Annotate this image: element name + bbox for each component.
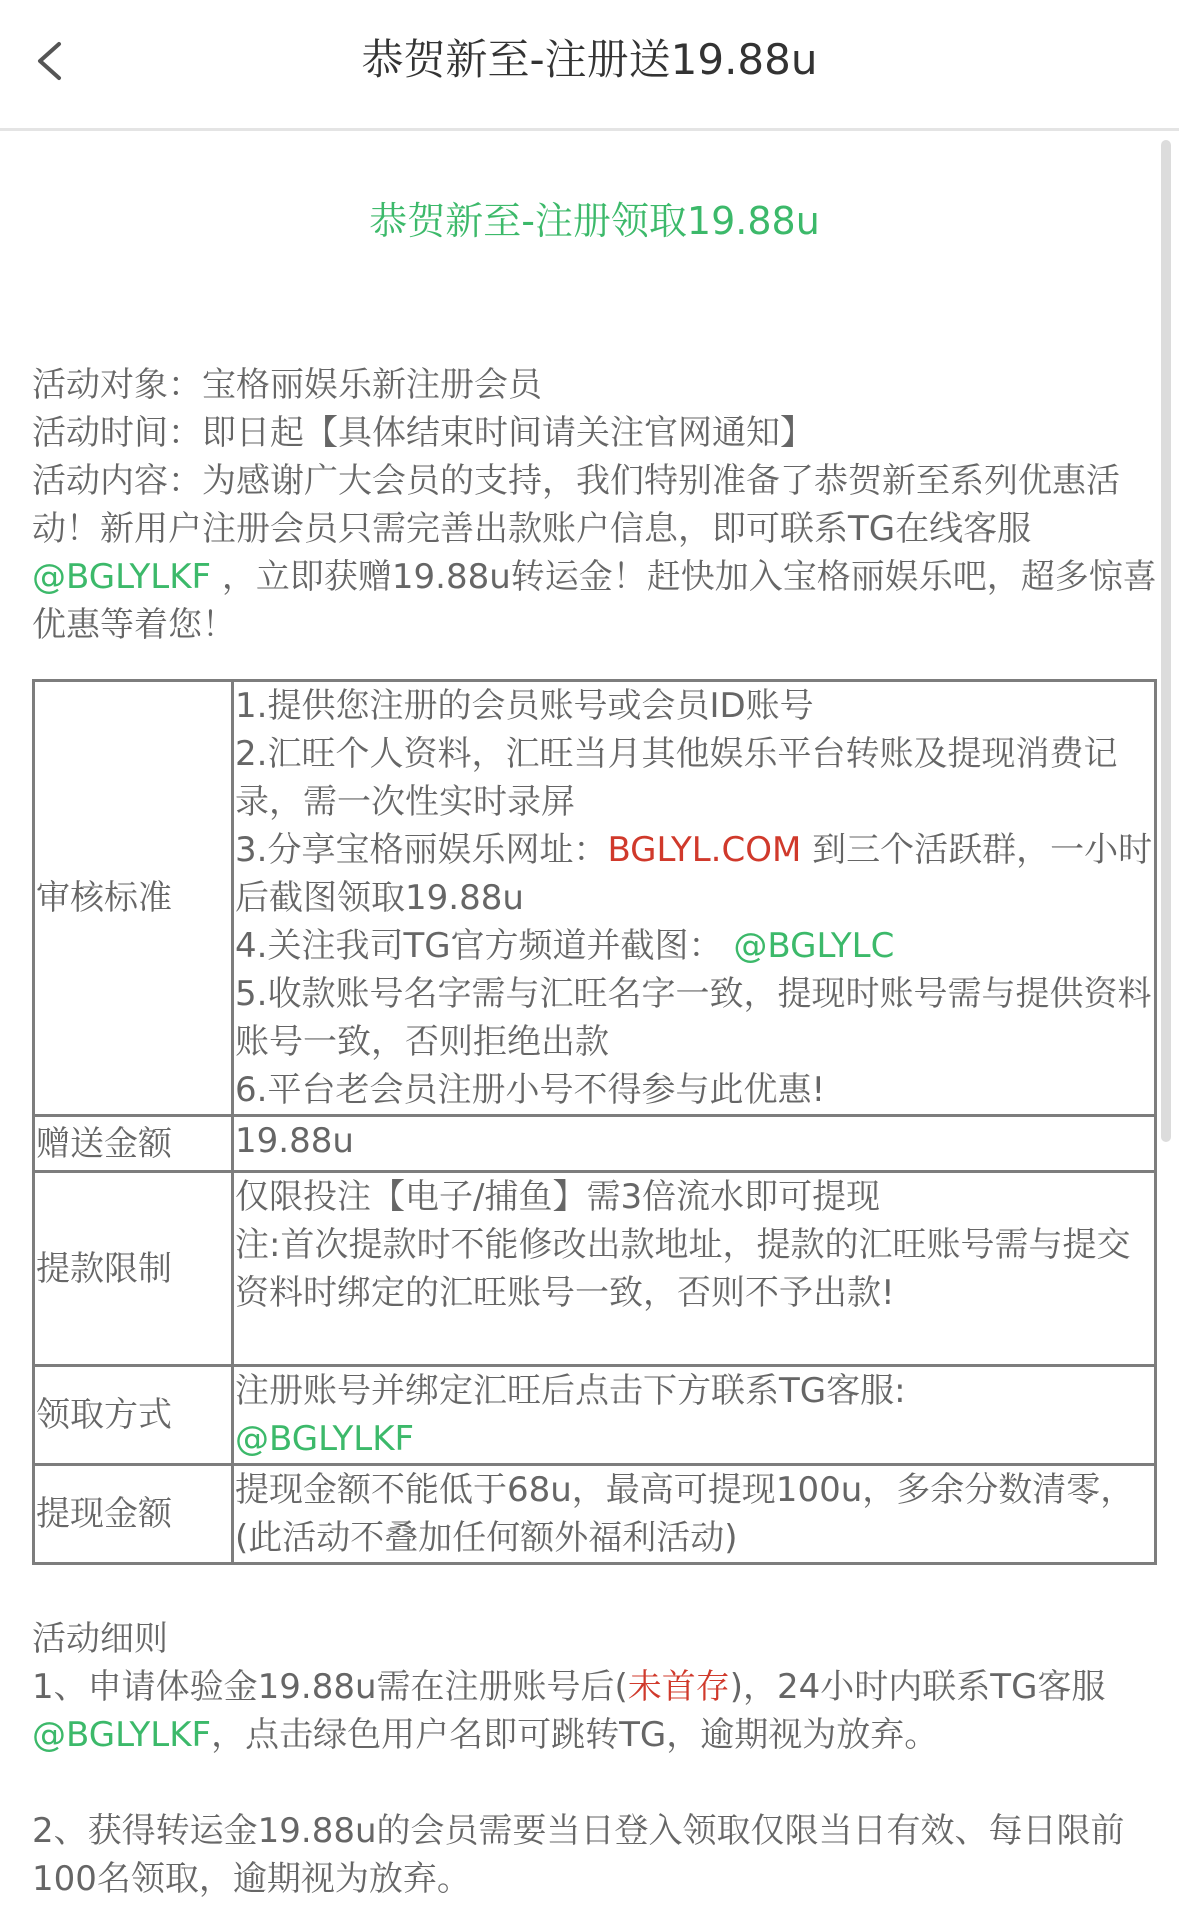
promo-content: 恭贺新至-注册领取19.88u 活动对象：宝格丽娱乐新注册会员 活动时间：即日起… [32,131,1157,649]
top-nav-bar: 恭贺新至-注册送19.88u [0,0,1179,131]
criteria-item-4: 4.关注我司TG官方频道并截图： @BGLYLC [235,922,1154,970]
table-row: 提现金额 提现金额不能低于68u，最高可提现100u，多余分数清零，(此活动不叠… [34,1465,1156,1564]
details-item-2: 2、获得转运金19.88u的会员需要当日登入领取仅限当日有效、每日限前100名领… [32,1807,1157,1903]
details-item-1-text: 1、申请体验金19.88u需在注册账号后( [32,1667,628,1707]
criteria-item-3: 3.分享宝格丽娱乐网址：BGLYL.COM 到三个活跃群，一小时后截图领取19.… [235,826,1154,922]
promo-title: 恭贺新至-注册领取19.88u [32,193,1157,249]
details-item-1: 1、申请体验金19.88u需在注册账号后(未首存)，24小时内联系TG客服@BG… [32,1663,1157,1759]
details-item-1-text-3: ，点击绿色用户名即可跳转TG，逾期视为放弃。 [211,1715,938,1755]
activity-details: 活动细则 1、申请体验金19.88u需在注册账号后(未首存)，24小时内联系TG… [32,1615,1157,1903]
activity-content: 活动内容：为感谢广大会员的支持，我们特别准备了恭贺新至系列优惠活动！新用户注册会… [32,457,1157,649]
tg-support-link[interactable]: @BGLYLKF [32,1715,211,1755]
criteria-item-6: 6.平台老会员注册小号不得参与此优惠! [235,1066,1154,1114]
rules-table: 审核标准 1.提供您注册的会员账号或会员ID账号 2.汇旺个人资料，汇旺当月其他… [32,679,1157,1565]
row-label-withdraw-limit: 提款限制 [34,1172,233,1366]
tg-channel-link[interactable]: @BGLYLC [733,926,894,966]
row-value-bonus-amount: 19.88u [233,1116,1156,1172]
tg-support-link[interactable]: @BGLYLKF [235,1415,1154,1463]
row-label-claim-method: 领取方式 [34,1366,233,1465]
withdraw-limit-line-2: 注:首次提款时不能修改出款地址，提款的汇旺账号需与提交资料时绑定的汇旺账号一致，… [235,1221,1154,1317]
page-title: 恭贺新至-注册送19.88u [0,28,1179,92]
activity-content-label: 活动内容： [32,461,202,501]
withdraw-limit-line-1: 仅限投注【电子/捕鱼】需3倍流水即可提现 [235,1173,1154,1221]
row-label-withdraw-amount: 提现金额 [34,1465,233,1564]
row-label-review-criteria: 审核标准 [34,681,233,1116]
activity-target-label: 活动对象： [32,365,202,405]
claim-method-text: 注册账号并绑定汇旺后点击下方联系TG客服: [235,1367,1154,1415]
criteria-item-5: 5.收款账号名字需与汇旺名字一致，提现时账号需与提供资料账号一致，否则拒绝出款 [235,970,1154,1066]
row-value-claim-method: 注册账号并绑定汇旺后点击下方联系TG客服: @BGLYLKF [233,1366,1156,1465]
no-first-deposit-highlight: 未首存 [628,1667,730,1707]
criteria-item-4-text: 4.关注我司TG官方频道并截图： [235,926,723,966]
table-row: 审核标准 1.提供您注册的会员账号或会员ID账号 2.汇旺个人资料，汇旺当月其他… [34,681,1156,1116]
details-item-1-text-2: )，24小时内联系TG客服 [730,1667,1106,1707]
activity-time-label: 活动时间： [32,413,202,453]
table-row: 赠送金额 19.88u [34,1116,1156,1172]
table-row: 领取方式 注册账号并绑定汇旺后点击下方联系TG客服: @BGLYLKF [34,1366,1156,1465]
criteria-item-1: 1.提供您注册的会员账号或会员ID账号 [235,682,1154,730]
spacer [32,1759,1157,1807]
activity-time-value: 即日起【具体结束时间请关注官网通知】 [202,413,814,453]
criteria-item-3-text: 3.分享宝格丽娱乐网址： [235,830,607,870]
row-label-bonus-amount: 赠送金额 [34,1116,233,1172]
activity-target-value: 宝格丽娱乐新注册会员 [202,365,542,405]
table-row: 提款限制 仅限投注【电子/捕鱼】需3倍流水即可提现 注:首次提款时不能修改出款地… [34,1172,1156,1366]
criteria-item-2: 2.汇旺个人资料，汇旺当月其他娱乐平台转账及提现消费记录，需一次性实时录屏 [235,730,1154,826]
details-heading: 活动细则 [32,1615,1157,1663]
website-link[interactable]: BGLYL.COM [607,830,801,870]
row-value-withdraw-limit: 仅限投注【电子/捕鱼】需3倍流水即可提现 注:首次提款时不能修改出款地址，提款的… [233,1172,1156,1366]
tg-support-link[interactable]: @BGLYLKF [32,557,211,597]
row-value-withdraw-amount: 提现金额不能低于68u，最高可提现100u，多余分数清零，(此活动不叠加任何额外… [233,1465,1156,1564]
activity-target: 活动对象：宝格丽娱乐新注册会员 [32,361,1157,409]
row-value-review-criteria: 1.提供您注册的会员账号或会员ID账号 2.汇旺个人资料，汇旺当月其他娱乐平台转… [233,681,1156,1116]
activity-time: 活动时间：即日起【具体结束时间请关注官网通知】 [32,409,1157,457]
promo-intro: 活动对象：宝格丽娱乐新注册会员 活动时间：即日起【具体结束时间请关注官网通知】 … [32,361,1157,649]
scrollbar[interactable] [1161,140,1171,1142]
